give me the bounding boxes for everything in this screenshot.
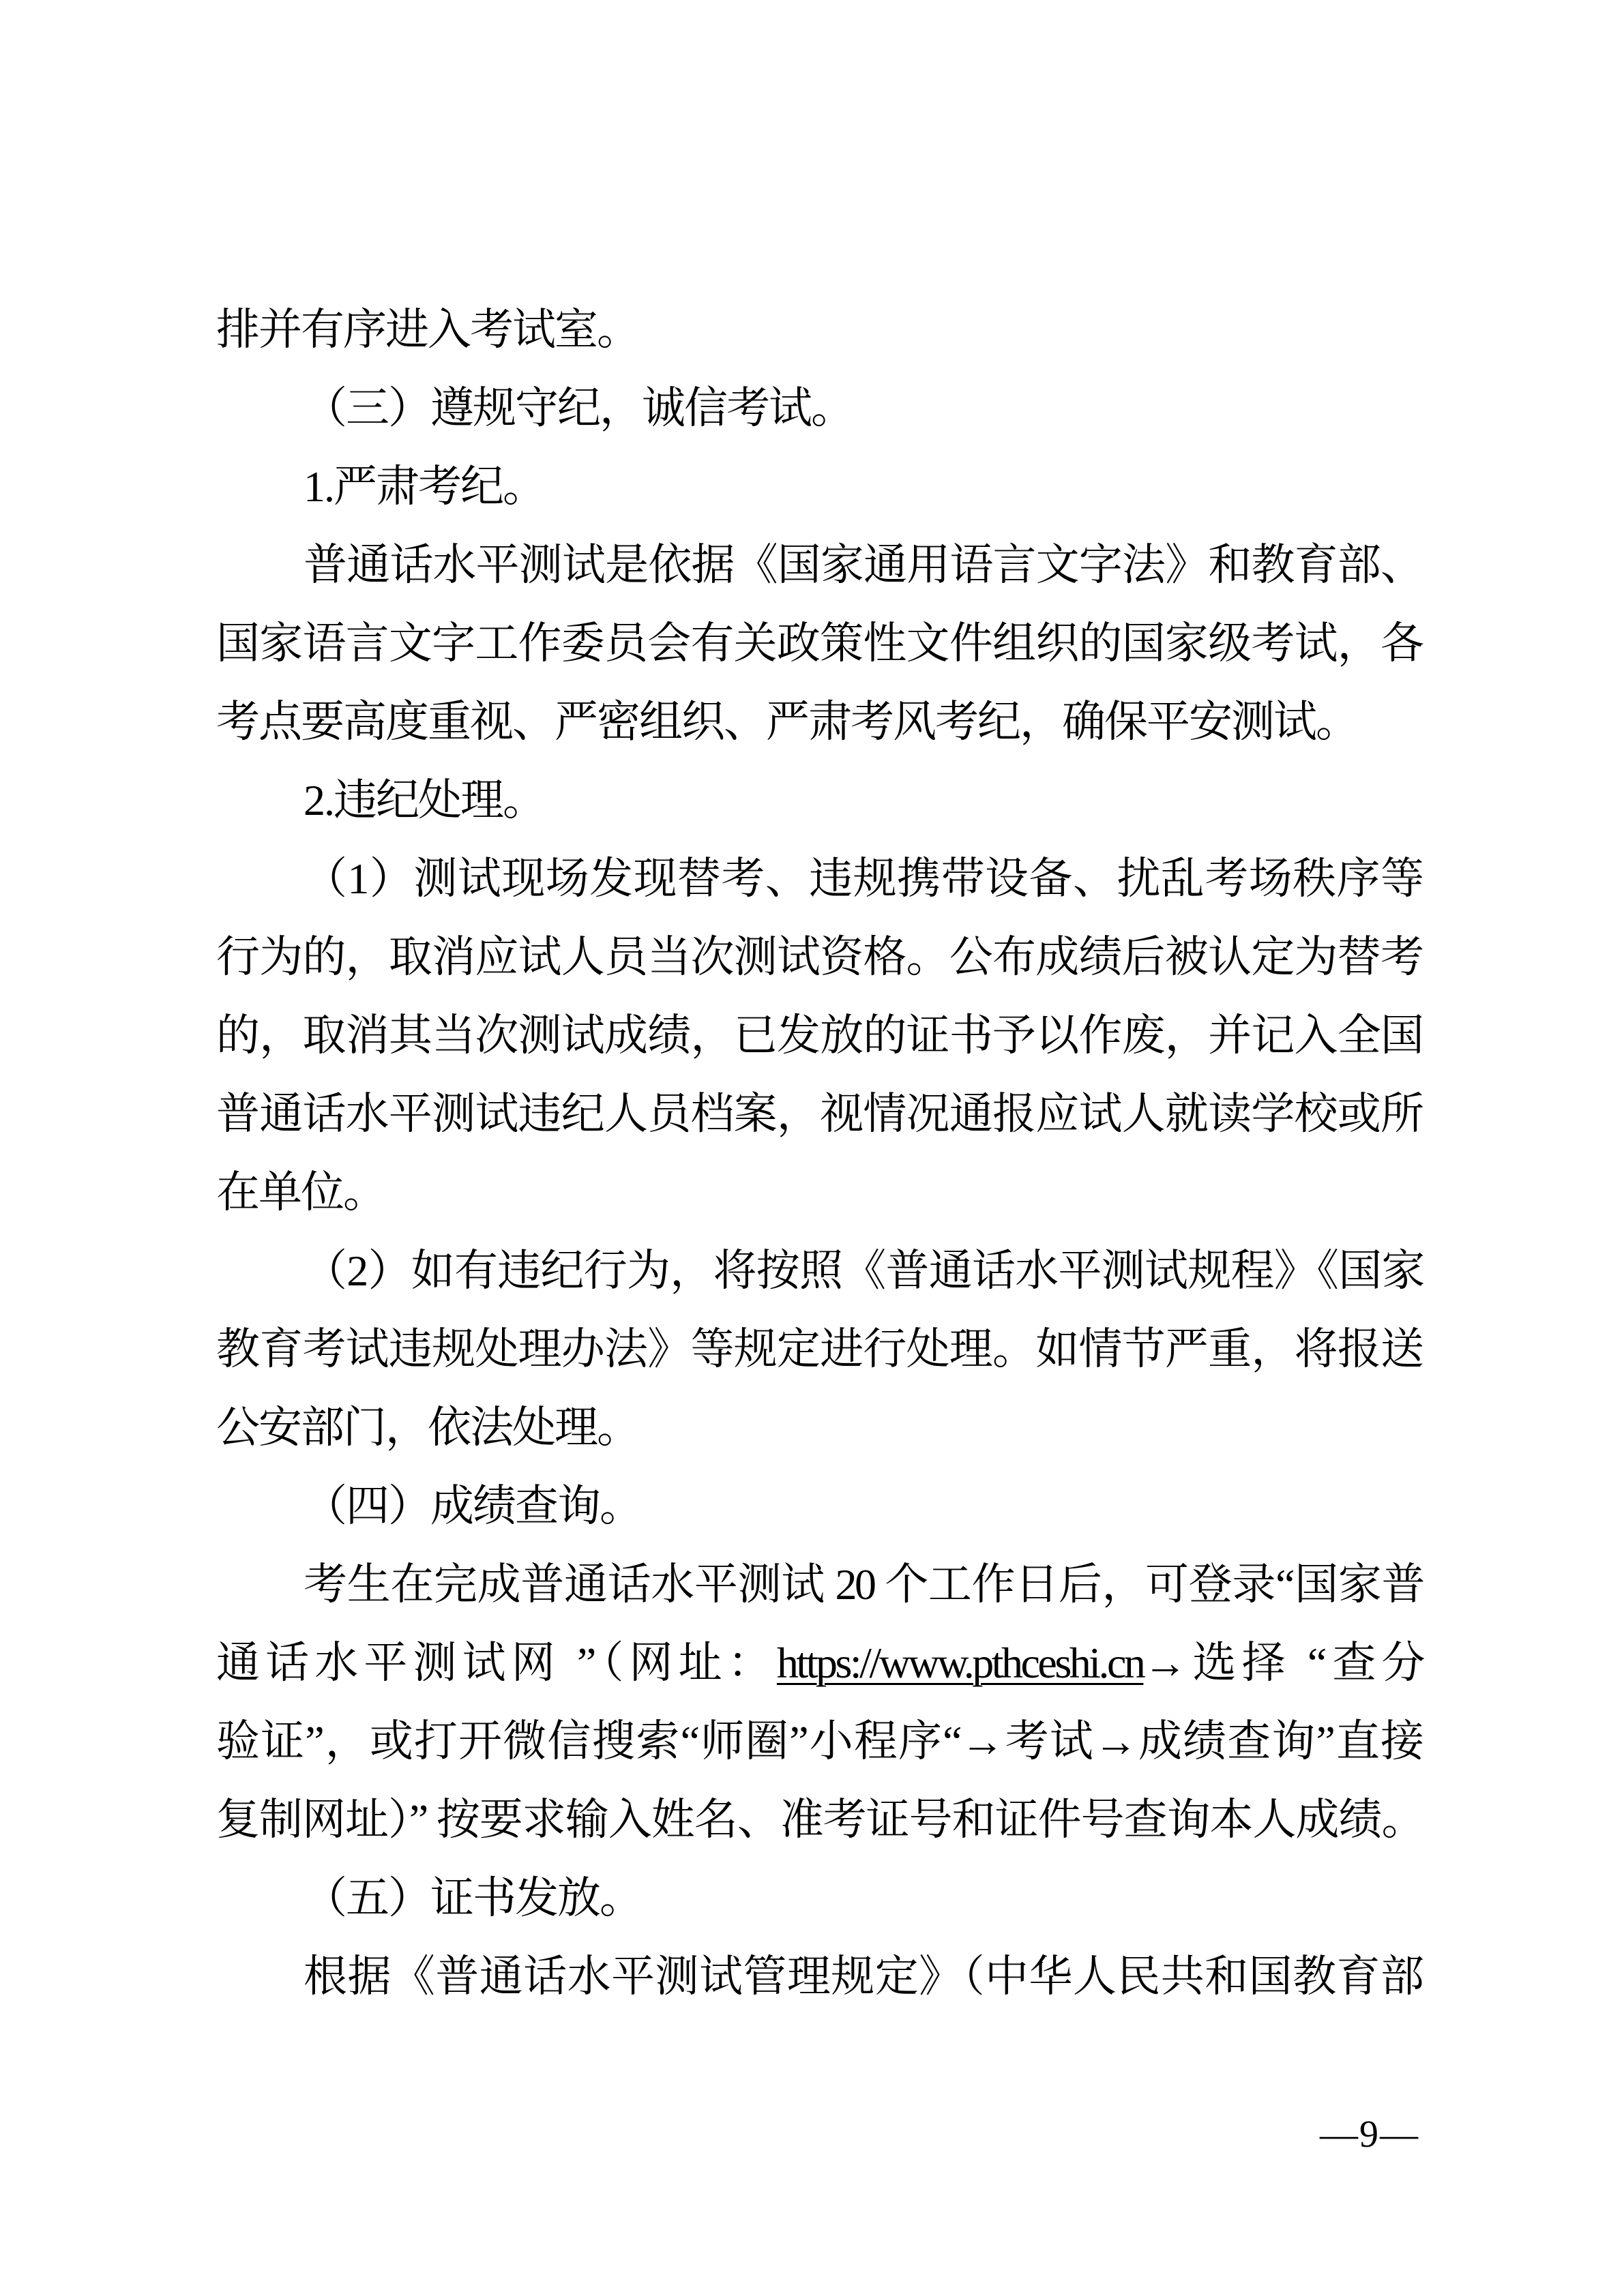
body-text: 排并有序进入考试室。 （三）遵规守纪，诚信考试。 1.严肃考纪。 普通话水平测试… [216, 290, 1423, 2016]
text-line: 通话水平测试网 ”（网址：https://www.pthceshi.cn→选择 … [216, 1624, 1423, 1702]
text-line: 普通话水平测试违纪人员档案，视情况通报应试人就读学校或所 [216, 1075, 1423, 1153]
text-line: 国家语言文字工作委员会有关政策性文件组织的国家级考试，各 [216, 604, 1423, 683]
text-line: 行为的，取消应试人员当次测试资格。公布成绩后被认定为替考 [216, 918, 1423, 996]
text-line: （五）证书发放。 [216, 1859, 1423, 1937]
text-line: 复制网址）” 按要求输入姓名、准考证号和证件号查询本人成绩。 [216, 1780, 1423, 1859]
text-line: （三）遵规守纪，诚信考试。 [216, 369, 1423, 447]
page-number: —9— [1320, 2113, 1419, 2156]
text-line: 考生在完成普通话水平测试 20 个工作日后，可登录“国家普 [216, 1545, 1423, 1624]
text-line: 考点要高度重视、严密组织、严肃考风考纪，确保平安测试。 [216, 683, 1423, 761]
text-line: （2）如有违纪行为，将按照《普通话水平测试规程》《国家 [216, 1232, 1423, 1310]
url-link[interactable]: https://www.pthceshi.cn [777, 1639, 1144, 1687]
url-line-suffix: →选择 “查分 [1143, 1639, 1423, 1687]
text-line: 2.违纪处理。 [216, 761, 1423, 839]
text-line: 的，取消其当次测试成绩，已发放的证书予以作废，并记入全国 [216, 996, 1423, 1075]
text-line: 普通话水平测试是依据《国家通用语言文字法》和教育部、 [216, 526, 1423, 604]
document-page: 排并有序进入考试室。 （三）遵规守纪，诚信考试。 1.严肃考纪。 普通话水平测试… [0, 0, 1624, 2296]
text-line: 验证”，或打开微信搜索“师圈”小程序“→考试→成绩查询”直接 [216, 1702, 1423, 1780]
text-line: 根据《普通话水平测试管理规定》（中华人民共和国教育部 [216, 1937, 1423, 2016]
url-line-prefix: 通话水平测试网 ”（网址： [216, 1639, 777, 1687]
text-line: （四）成绩查询。 [216, 1467, 1423, 1545]
text-line: 在单位。 [216, 1153, 1423, 1232]
text-line: 排并有序进入考试室。 [216, 290, 1423, 369]
text-line: 1.严肃考纪。 [216, 447, 1423, 526]
text-line: 公安部门，依法处理。 [216, 1388, 1423, 1467]
text-line: 教育考试违规处理办法》等规定进行处理。如情节严重，将报送 [216, 1310, 1423, 1388]
text-line: （1）测试现场发现替考、违规携带设备、扰乱考场秩序等 [216, 839, 1423, 918]
